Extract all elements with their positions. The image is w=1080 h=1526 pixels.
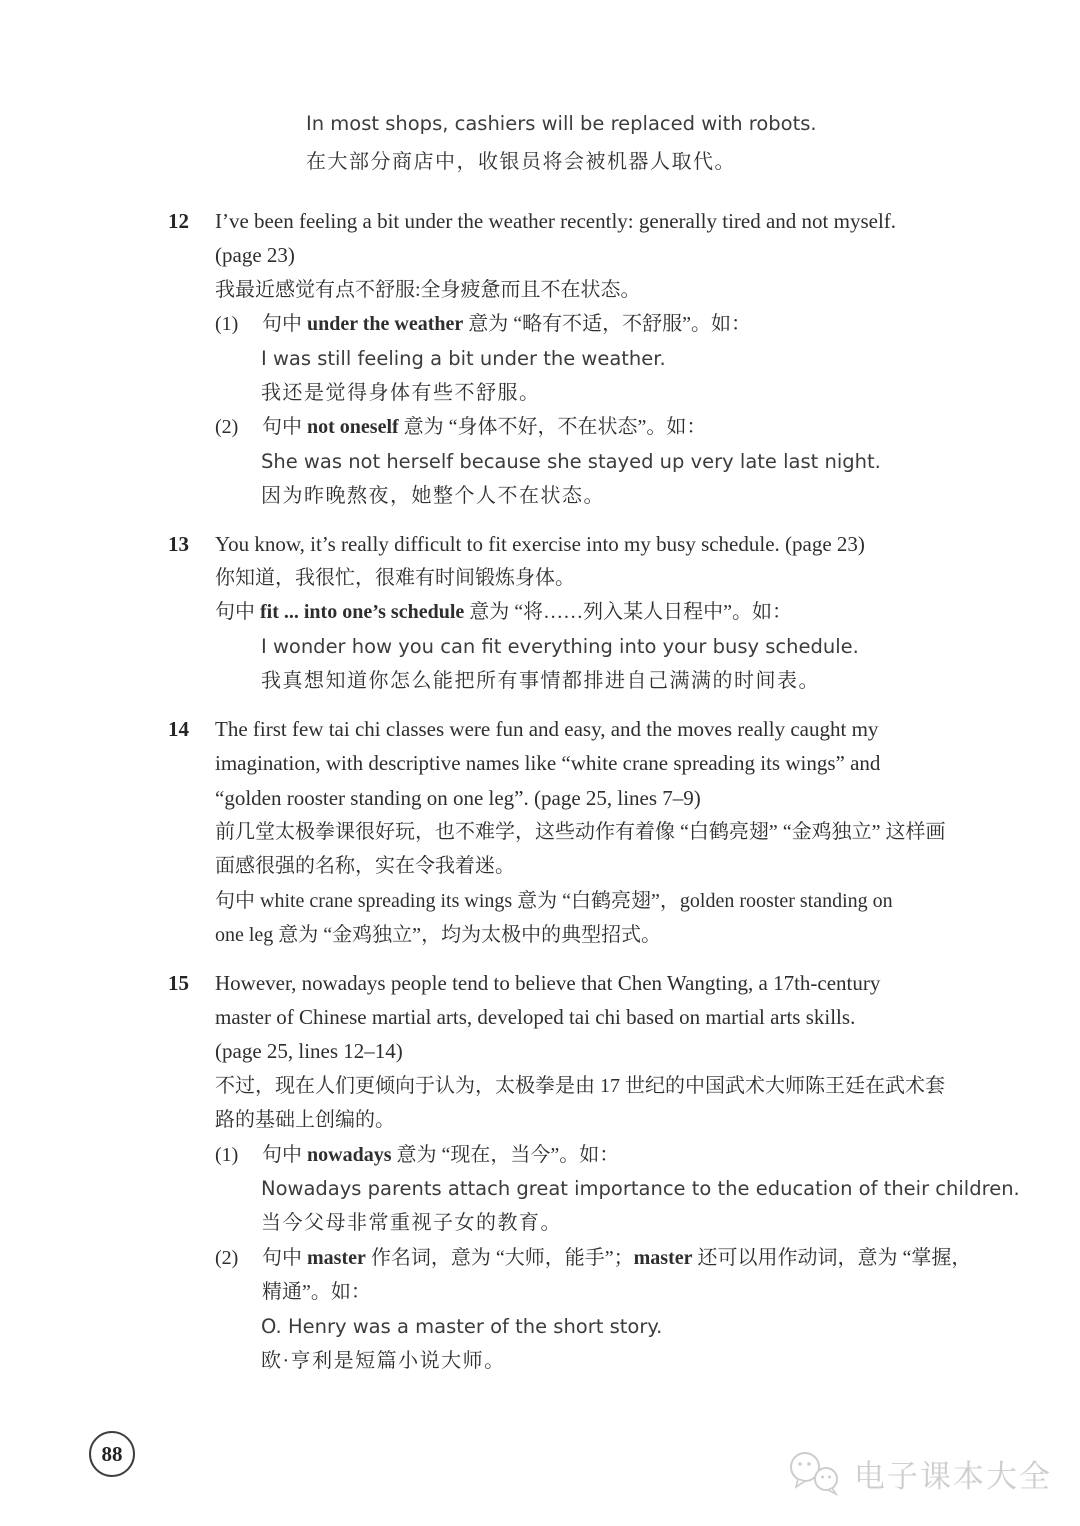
sub-item-text: 句中 master 作名词，意为 “大师，能手”；master 还可以用作动词，… [262, 1241, 971, 1275]
text-segment: O. Henry was a master of the short story… [261, 1315, 662, 1338]
sub-item-marker: (2) [215, 410, 262, 444]
text-segment: “golden rooster standing on one leg”. (p… [215, 786, 701, 810]
sub-item-text: 句中 not oneself 意为 “身体不好，不在状态”。如： [262, 410, 706, 444]
text-segment: 意为 “现在，当今”。如： [391, 1144, 619, 1166]
text-line: (page 25, lines 12–14) [215, 1034, 958, 1068]
page-number-badge: 88 [89, 1431, 135, 1477]
text-line: She was not herself because she stayed u… [261, 445, 958, 479]
text-segment: 句中 [262, 416, 307, 438]
text-segment: However, nowadays people tend to believe… [215, 971, 880, 995]
text-line: I was still feeling a bit under the weat… [261, 342, 958, 376]
page-number: 88 [102, 1442, 123, 1467]
text-line: 我最近感觉有点不舒服:全身疲惫而且不在状态。 [215, 273, 958, 307]
text-segment: I wonder how you can fit everything into… [261, 635, 859, 658]
text-segment: I’ve been feeling a bit under the weathe… [215, 209, 896, 233]
keyword-bold: nowadays [307, 1144, 391, 1166]
text-line: 你知道，我很忙，很难有时间锻炼身体。 [215, 561, 958, 595]
sub-item-line: (1)句中 nowadays 意为 “现在，当今”。如： [215, 1138, 958, 1172]
text-segment: In most shops, cashiers will be replaced… [306, 112, 817, 135]
chat-bubbles-logo-icon [788, 1450, 844, 1496]
item-number: 13 [168, 527, 215, 699]
text-line: master of Chinese martial arts, develope… [215, 1000, 958, 1034]
item-12: 12I’ve been feeling a bit under the weat… [168, 204, 958, 514]
text-segment: master of Chinese martial arts, develope… [215, 1005, 855, 1029]
text-line: I’ve been feeling a bit under the weathe… [215, 204, 958, 238]
text-segment: You know, it’s really difficult to fit e… [215, 532, 865, 556]
text-segment: 意为 “身体不好，不在状态”。如： [399, 416, 707, 438]
text-line: (page 23) [215, 238, 958, 272]
item-body: However, nowadays people tend to believe… [215, 966, 958, 1379]
text-line: 句中 white crane spreading its wings 意为 “白… [215, 884, 958, 918]
text-line: 句中 fit ... into one’s schedule 意为 “将……列入… [215, 595, 958, 629]
text-line: 欧·亨利是短篇小说大师。 [261, 1344, 958, 1378]
text-segment: (page 23) [215, 243, 295, 267]
sub-item-line: (1)句中 under the weather 意为 “略有不适，不舒服”。如： [215, 307, 958, 341]
item-body: I’ve been feeling a bit under the weathe… [215, 204, 958, 514]
text-segment: 因为昨晚熬夜，她整个人不在状态。 [261, 485, 605, 507]
item-body: You know, it’s really difficult to fit e… [215, 527, 958, 699]
text-line: 因为昨晚熬夜，她整个人不在状态。 [261, 479, 958, 513]
text-segment: 前几堂太极拳课很好玩，也不难学，这些动作有着像 “白鹤亮翅” “金鸡独立” 这样… [215, 821, 946, 843]
text-segment: 面感很强的名称，实在令我着迷。 [215, 855, 515, 877]
sub-item-text: 句中 under the weather 意为 “略有不适，不舒服”。如： [262, 307, 751, 341]
watermark: 电子课本大全 [788, 1450, 1052, 1496]
text-segment: 还可以用作动词，意为 “掌握， [692, 1247, 971, 1269]
text-segment: 我真想知道你怎么能把所有事情都排进自己满满的时间表。 [261, 670, 820, 692]
text-segment: 句中 [262, 1144, 307, 1166]
text-segment: imagination, with descriptive names like… [215, 751, 880, 775]
sub-item-line: (2)句中 master 作名词，意为 “大师，能手”；master 还可以用作… [215, 1241, 958, 1275]
text-line: However, nowadays people tend to believe… [215, 966, 958, 1000]
item-13: 13You know, it’s really difficult to fit… [168, 527, 958, 699]
text-line: 当今父母非常重视子女的教育。 [261, 1206, 958, 1240]
text-segment: She was not herself because she stayed u… [261, 450, 881, 473]
sub-item-marker: (1) [215, 1138, 262, 1172]
text-segment: 欧·亨利是短篇小说大师。 [261, 1350, 506, 1372]
text-line: I wonder how you can fit everything into… [261, 630, 958, 664]
text-segment: 作名词，意为 “大师，能手”； [366, 1247, 634, 1269]
text-segment: 不过，现在人们更倾向于认为，太极拳是由 17 世纪的中国武术大师陈王廷在武术套 [215, 1075, 945, 1097]
text-line: “golden rooster standing on one leg”. (p… [215, 781, 958, 815]
text-segment: 精通”。如： [262, 1281, 371, 1303]
text-segment: Nowadays parents attach great importance… [261, 1177, 1020, 1200]
text-line: 在大部分商店中，收银员将会被机器人取代。 [306, 143, 958, 182]
text-line: 路的基础上创编的。 [215, 1103, 958, 1137]
watermark-text: 电子课本大全 [854, 1451, 1052, 1496]
item-number: 12 [168, 204, 215, 514]
text-segment: 句中 [262, 313, 307, 335]
text-segment: 句中 [262, 1247, 307, 1269]
lead-example: In most shops, cashiers will be replaced… [260, 104, 958, 182]
keyword-bold: not oneself [307, 416, 399, 438]
text-segment: 意为 “略有不适，不舒服”。如： [463, 313, 751, 335]
text-line: 我还是觉得身体有些不舒服。 [261, 376, 958, 410]
keyword-bold: fit ... into one’s schedule [260, 601, 464, 623]
text-segment: The first few tai chi classes were fun a… [215, 717, 878, 741]
text-segment: 句中 [215, 601, 260, 623]
text-segment: 意为 “将……列入某人日程中”。如： [464, 601, 792, 623]
text-segment: 我最近感觉有点不舒服:全身疲惫而且不在状态。 [215, 279, 641, 301]
text-segment: I was still feeling a bit under the weat… [261, 347, 666, 370]
item-number: 15 [168, 966, 215, 1379]
text-segment: 路的基础上创编的。 [215, 1109, 395, 1131]
item-number: 14 [168, 712, 215, 953]
text-line: O. Henry was a master of the short story… [261, 1310, 958, 1344]
text-line: Nowadays parents attach great importance… [261, 1172, 958, 1206]
text-line: In most shops, cashiers will be replaced… [306, 104, 958, 143]
text-line: 我真想知道你怎么能把所有事情都排进自己满满的时间表。 [261, 664, 958, 698]
text-segment: 在大部分商店中，收银员将会被机器人取代。 [306, 151, 736, 173]
textbook-page: In most shops, cashiers will be replaced… [0, 0, 1080, 1526]
text-line: The first few tai chi classes were fun a… [215, 712, 958, 746]
text-segment: 句中 white crane spreading its wings 意为 “白… [215, 890, 893, 912]
text-line: 精通”。如： [262, 1275, 958, 1309]
text-line: 不过，现在人们更倾向于认为，太极拳是由 17 世纪的中国武术大师陈王廷在武术套 [215, 1069, 958, 1103]
text-segment: 你知道，我很忙，很难有时间锻炼身体。 [215, 567, 575, 589]
sub-item-marker: (2) [215, 1241, 262, 1275]
text-segment: 我还是觉得身体有些不舒服。 [261, 382, 541, 404]
text-line: You know, it’s really difficult to fit e… [215, 527, 958, 561]
sub-item-text: 句中 nowadays 意为 “现在，当今”。如： [262, 1138, 619, 1172]
text-line: one leg 意为 “金鸡独立”，均为太极中的典型招式。 [215, 918, 958, 952]
keyword-bold: master [307, 1247, 366, 1269]
text-segment: 当今父母非常重视子女的教育。 [261, 1212, 562, 1234]
item-15: 15However, nowadays people tend to belie… [168, 966, 958, 1379]
text-segment: (page 25, lines 12–14) [215, 1039, 403, 1063]
sub-item-marker: (1) [215, 307, 262, 341]
keyword-bold: under the weather [307, 313, 463, 335]
text-segment: one leg 意为 “金鸡独立”，均为太极中的典型招式。 [215, 924, 661, 946]
text-line: imagination, with descriptive names like… [215, 746, 958, 780]
sub-item-line: (2)句中 not oneself 意为 “身体不好，不在状态”。如： [215, 410, 958, 444]
text-line: 面感很强的名称，实在令我着迷。 [215, 849, 958, 883]
text-line: 前几堂太极拳课很好玩，也不难学，这些动作有着像 “白鹤亮翅” “金鸡独立” 这样… [215, 815, 958, 849]
content: In most shops, cashiers will be replaced… [168, 104, 958, 1378]
keyword-bold: master [634, 1247, 693, 1269]
item-14: 14The first few tai chi classes were fun… [168, 712, 958, 953]
item-body: The first few tai chi classes were fun a… [215, 712, 958, 953]
